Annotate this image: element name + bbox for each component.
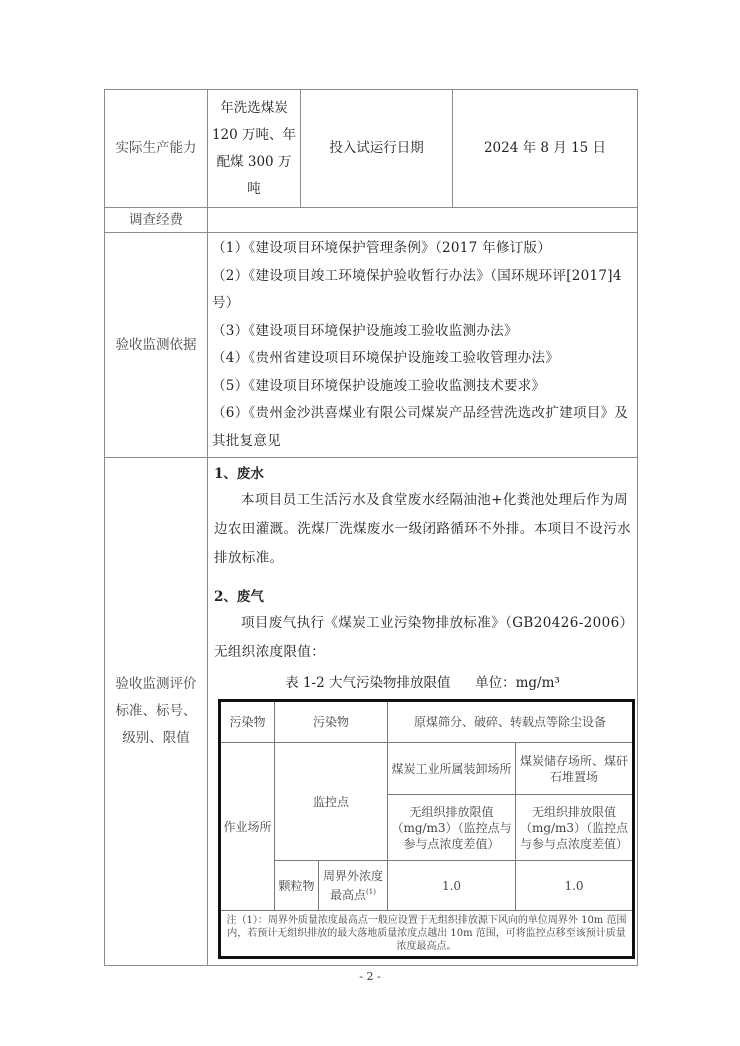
- particle-label: 颗粒物: [275, 861, 319, 911]
- exhaust-paragraph: 项目废气执行《煤炭工业污染物排放标准》（GB20426-2006）无组织浓度限值…: [214, 609, 631, 667]
- actual-capacity-label: 实际生产能力: [105, 90, 208, 208]
- monitor-label: 监控点: [275, 743, 388, 861]
- basis-item: （6）《贵州金沙洪喜煤业有限公司煤炭产品经营洗选改扩建项目》及其批复意见: [212, 400, 633, 455]
- wastewater-paragraph: 本项目员工生活污水及食堂废水经隔油池+化粪池处理后作为周边农田灌溉。洗煤厂洗煤废…: [214, 486, 631, 573]
- exhaust-heading: 2、废气: [214, 585, 631, 609]
- header-pollutant-2: 污染物: [275, 701, 388, 743]
- site-storage: 煤炭储存场所、煤矸石堆置场: [516, 743, 634, 795]
- emission-site-row: 作业场所 监控点 煤炭工业所属装卸场所 煤炭储存场所、煤矸石堆置场: [220, 743, 634, 795]
- actual-capacity-value: 年洗选煤炭 120 万吨、年 配煤 300 万 吨: [208, 90, 301, 208]
- project-info-table: 实际生产能力 年洗选煤炭 120 万吨、年 配煤 300 万 吨 投入试运行日期…: [104, 89, 638, 966]
- emission-limits-table: 污染物 污染物 原煤筛分、破碎、转载点等除尘设备 作业场所 监控点 煤炭工业所属…: [218, 699, 635, 959]
- basis-item: （2）《建设项目竣工环境保护验收暂行办法》（国环规环评[2017]4 号）: [212, 263, 633, 318]
- survey-cost-value: [208, 208, 638, 233]
- capacity-line: 120 万吨、年: [208, 122, 300, 149]
- capacity-line: 配煤 300 万: [208, 149, 300, 176]
- capacity-line: 吨: [208, 176, 300, 203]
- boundary-point: 周界外浓度最高点(1): [319, 861, 388, 911]
- emission-particle-row: 颗粒物 周界外浓度最高点(1) 1.0 1.0: [220, 861, 634, 911]
- wastewater-heading: 1、废水: [214, 462, 631, 486]
- basis-item: （1）《建设项目环境保护管理条例》（2017 年修订版）: [212, 235, 633, 263]
- monitoring-basis-label: 验收监测依据: [105, 233, 208, 458]
- table-caption: 表 1-2 大气污染物排放限值 单位：mg/m³: [214, 669, 631, 697]
- page-number: - 2 -: [0, 970, 740, 983]
- particle-value-2: 1.0: [516, 861, 634, 911]
- basis-item: （4）《贵州省建设项目环境保护设施竣工验收管理办法》: [212, 345, 633, 373]
- trial-date-value: 2024 年 8 月 15 日: [453, 90, 638, 208]
- monitoring-basis-list: （1）《建设项目环境保护管理条例》（2017 年修订版） （2）《建设项目竣工环…: [208, 233, 638, 458]
- emission-header-row: 污染物 污染物 原煤筛分、破碎、转载点等除尘设备: [220, 701, 634, 743]
- row-evaluation-standards: 验收监测评价 标准、标号、 级别、限值 1、废水 本项目员工生活污水及食堂废水经…: [105, 458, 638, 966]
- capacity-line: 年洗选煤炭: [208, 95, 300, 122]
- document-page: 实际生产能力 年洗选煤炭 120 万吨、年 配煤 300 万 吨 投入试运行日期…: [0, 0, 740, 1046]
- caption-unit: 单位：mg/m³: [475, 675, 560, 691]
- workplace-label: 作业场所: [220, 743, 275, 911]
- site-loading: 煤炭工业所属装卸场所: [388, 743, 516, 795]
- header-equipment: 原煤筛分、破碎、转载点等除尘设备: [388, 701, 634, 743]
- limit-desc-2: 无组织排放限值（mg/m3）（监控点与参与点浓度差值）: [516, 795, 634, 861]
- survey-cost-label: 调查经费: [105, 208, 208, 233]
- limit-desc-1: 无组织排放限值（mg/m3）（监控点与参与点浓度差值）: [388, 795, 516, 861]
- basis-item: （3）《建设项目环境保护设施竣工验收监测办法》: [212, 318, 633, 346]
- emission-note: 注（1）：周界外质量浓度最高点一般应设置于无组织排放源下风向的单位周界外 10m…: [220, 911, 634, 958]
- row-actual-capacity: 实际生产能力 年洗选煤炭 120 万吨、年 配煤 300 万 吨 投入试运行日期…: [105, 90, 638, 208]
- evaluation-standards-content: 1、废水 本项目员工生活污水及食堂废水经隔油池+化粪池处理后作为周边农田灌溉。洗…: [208, 458, 638, 966]
- label-line: 标准、标号、: [105, 698, 207, 725]
- row-survey-cost: 调查经费: [105, 208, 638, 233]
- label-line: 验收监测评价: [105, 671, 207, 698]
- label-line: 级别、限值: [105, 725, 207, 752]
- header-pollutant-1: 污染物: [220, 701, 275, 743]
- emission-note-row: 注（1）：周界外质量浓度最高点一般应设置于无组织排放源下风向的单位周界外 10m…: [220, 911, 634, 958]
- particle-value-1: 1.0: [388, 861, 516, 911]
- basis-item: （5）《建设项目环境保护设施竣工验收监测技术要求》: [212, 373, 633, 401]
- row-monitoring-basis: 验收监测依据 （1）《建设项目环境保护管理条例》（2017 年修订版） （2）《…: [105, 233, 638, 458]
- trial-date-label: 投入试运行日期: [301, 90, 453, 208]
- boundary-point-note: (1): [366, 888, 376, 896]
- caption-title: 表 1-2 大气污染物排放限值: [285, 675, 450, 691]
- evaluation-standards-label: 验收监测评价 标准、标号、 级别、限值: [105, 458, 208, 966]
- boundary-point-text: 周界外浓度最高点: [323, 869, 383, 902]
